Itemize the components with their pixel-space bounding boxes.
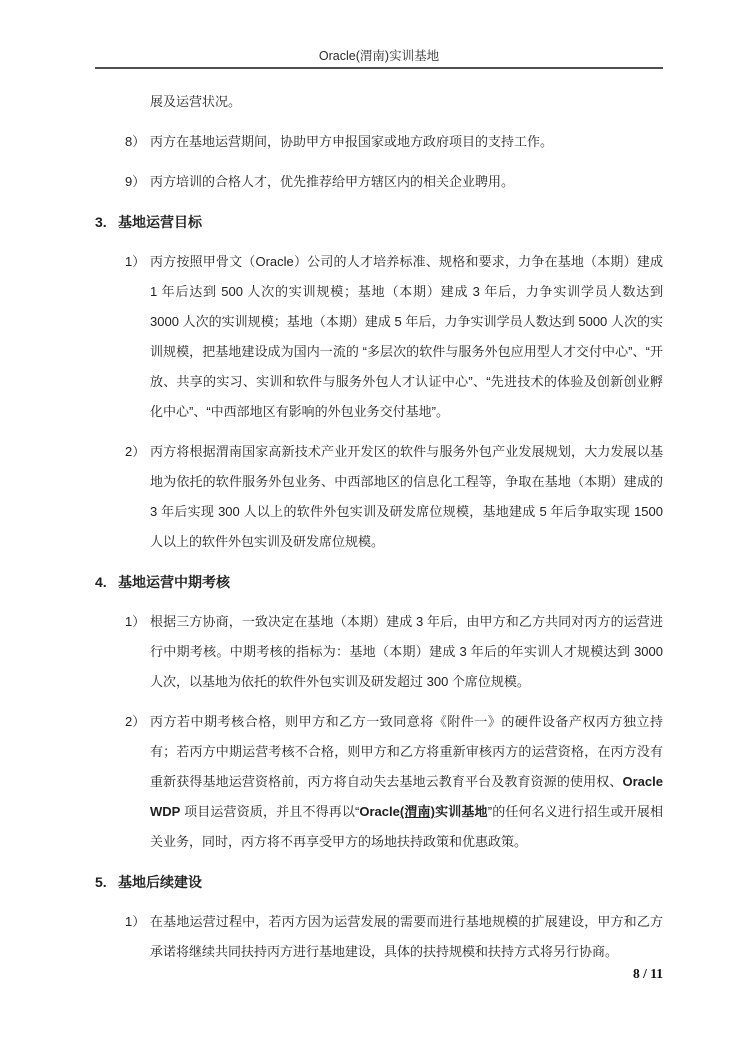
page-number: 8 / 11 [95, 966, 663, 982]
list-text: 根据三方协商，一致决定在基地（本期）建成 3 年后，由甲方和乙方共同对丙方的运营… [150, 614, 663, 689]
text-part-bold-underline: (渭南) [400, 804, 435, 819]
list-item-4-2: 2） 丙方若中期考核合格，则甲方和乙方一致同意将《附件一》的硬件设备产权丙方独立… [95, 707, 663, 857]
section-number: 5. [95, 867, 107, 897]
paragraph-continuation: 展及运营状况。 [150, 87, 663, 117]
list-text: 丙方在基地运营期间，协助甲方申报国家或地方政府项目的支持工作。 [150, 134, 553, 149]
list-item-5-1: 1） 在基地运营过程中，若丙方因为运营发展的需要而进行基地规模的扩展建设，甲方和… [95, 907, 663, 967]
list-number: 1） [125, 907, 145, 937]
document-body: 展及运营状况。 8） 丙方在基地运营期间，协助甲方申报国家或地方政府项目的支持工… [95, 87, 663, 977]
section-title: 基地运营中期考核 [118, 574, 230, 590]
list-text: 丙方将根据渭南国家高新技术产业开发区的软件与服务外包产业发展规划，大力发展以基地… [150, 444, 663, 549]
list-item-3-1: 1） 丙方按照甲骨文（Oracle）公司的人才培养标准、规格和要求，力争在基地（… [95, 247, 663, 427]
section-heading-5: 5. 基地后续建设 [95, 867, 663, 897]
text-part-bold: Oracle [359, 804, 399, 819]
list-item-4-1: 1） 根据三方协商，一致决定在基地（本期）建成 3 年后，由甲方和乙方共同对丙方… [95, 607, 663, 697]
text-part-bold: 实训基地 [435, 804, 488, 819]
text-part: 项目运营资质，并且不得再以“ [180, 804, 359, 819]
list-item-9: 9） 丙方培训的合格人才，优先推荐给甲方辖区内的相关企业聘用。 [95, 167, 663, 197]
document-page: Oracle(渭南)实训基地 展及运营状况。 8） 丙方在基地运营期间，协助甲方… [0, 0, 750, 1060]
section-heading-4: 4. 基地运营中期考核 [95, 567, 663, 597]
list-text: 在基地运营过程中，若丙方因为运营发展的需要而进行基地规模的扩展建设，甲方和乙方承… [150, 914, 663, 959]
list-text: 丙方按照甲骨文（Oracle）公司的人才培养标准、规格和要求，力争在基地（本期）… [150, 254, 663, 419]
text-part: 丙方若中期考核合格，则甲方和乙方一致同意将《附件一》的硬件设备产权丙方独立持有；… [150, 714, 663, 789]
list-number: 1） [125, 247, 145, 277]
list-number: 2） [125, 707, 145, 737]
section-number: 3. [95, 207, 107, 237]
list-number: 9） [125, 167, 145, 197]
list-number: 2） [125, 437, 145, 467]
page-header: Oracle(渭南)实训基地 [95, 0, 663, 69]
list-item-8: 8） 丙方在基地运营期间，协助甲方申报国家或地方政府项目的支持工作。 [95, 127, 663, 157]
section-heading-3: 3. 基地运营目标 [95, 207, 663, 237]
header-title: Oracle(渭南)实训基地 [95, 46, 663, 64]
list-text: 丙方培训的合格人才，优先推荐给甲方辖区内的相关企业聘用。 [150, 174, 514, 189]
list-number: 1） [125, 607, 145, 637]
list-item-3-2: 2） 丙方将根据渭南国家高新技术产业开发区的软件与服务外包产业发展规划，大力发展… [95, 437, 663, 557]
section-title: 基地后续建设 [118, 874, 202, 890]
section-title: 基地运营目标 [118, 214, 202, 230]
section-number: 4. [95, 567, 107, 597]
list-number: 8） [125, 127, 145, 157]
list-text: 丙方若中期考核合格，则甲方和乙方一致同意将《附件一》的硬件设备产权丙方独立持有；… [150, 714, 663, 849]
